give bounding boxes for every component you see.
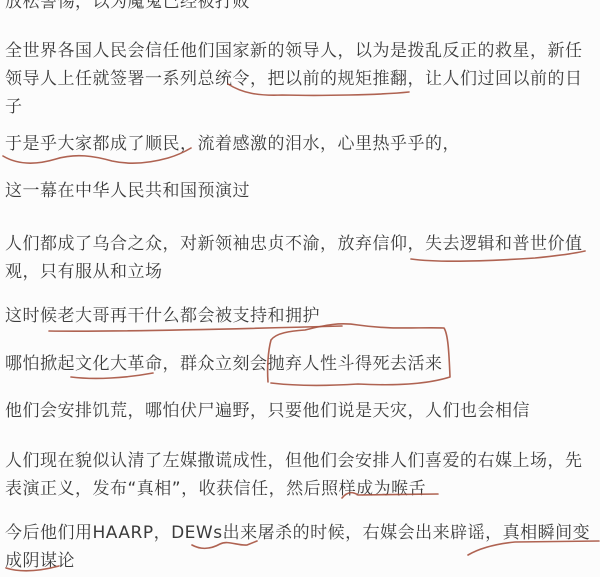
text-line: 于是乎大家都成了顺民，流着感激的泪水，心里热乎乎的， <box>5 130 590 158</box>
text-line: 这时候老大哥再干什么都会被支持和拥护 <box>5 302 590 330</box>
text-line: 人们现在貌似认清了左媒撒谎成性，但他们会安排人们喜爱的右媒上场，先 <box>5 447 590 475</box>
text-line: 观，只有服从和立场 <box>5 258 590 286</box>
text-line: 这一幕在中华人民共和国预演过 <box>5 177 590 205</box>
text-line: 子 <box>5 93 590 121</box>
text-line: 放松警惕，以为魔鬼已经被打败 <box>5 0 590 16</box>
paragraph-6: 这时候老大哥再干什么都会被支持和拥护 <box>5 302 590 330</box>
text-line: 成阴谋论 <box>5 547 590 575</box>
text-line: 领导人上任就签署一系列总统令，把以前的规矩推翻，让人们过回以前的日 <box>5 65 590 93</box>
paragraph-7: 哪怕掀起文化大革命，群众立刻会抛弃人性斗得死去活来 <box>5 350 590 378</box>
paragraph-3: 于是乎大家都成了顺民，流着感激的泪水，心里热乎乎的， <box>5 130 590 158</box>
paragraph-1: 放松警惕，以为魔鬼已经被打败 <box>5 0 590 16</box>
paragraph-9: 人们现在貌似认清了左媒撒谎成性，但他们会安排人们喜爱的右媒上场，先 表演正义，发… <box>5 447 590 503</box>
text-line: 表演正义，发布“真相”，收获信任，然后照样成为喉舌 <box>5 475 590 503</box>
paragraph-2: 全世界各国人民会信任他们国家新的领导人，以为是拨乱反正的救星，新任 领导人上任就… <box>5 37 590 121</box>
paragraph-5: 人们都成了乌合之众，对新领袖忠贞不渝，放弃信仰，失去逻辑和普世价值 观，只有服从… <box>5 230 590 286</box>
paragraph-10: 今后他们用HAARP，DEWs出来屠杀的时候，右媒会出来辟谣，真相瞬间变 成阴谋… <box>5 519 590 575</box>
text-line: 人们都成了乌合之众，对新领袖忠贞不渝，放弃信仰，失去逻辑和普世价值 <box>5 230 590 258</box>
paragraph-8: 他们会安排饥荒，哪怕伏尸遍野，只要他们说是天灾，人们也会相信 <box>5 397 590 425</box>
text-line: 今后他们用HAARP，DEWs出来屠杀的时候，右媒会出来辟谣，真相瞬间变 <box>5 519 590 547</box>
text-line: 他们会安排饥荒，哪怕伏尸遍野，只要他们说是天灾，人们也会相信 <box>5 397 590 425</box>
paragraph-4: 这一幕在中华人民共和国预演过 <box>5 177 590 205</box>
text-line: 哪怕掀起文化大革命，群众立刻会抛弃人性斗得死去活来 <box>5 350 590 378</box>
text-line: 全世界各国人民会信任他们国家新的领导人，以为是拨乱反正的救星，新任 <box>5 37 590 65</box>
document-page: 放松警惕，以为魔鬼已经被打败 全世界各国人民会信任他们国家新的领导人，以为是拨乱… <box>0 0 600 577</box>
